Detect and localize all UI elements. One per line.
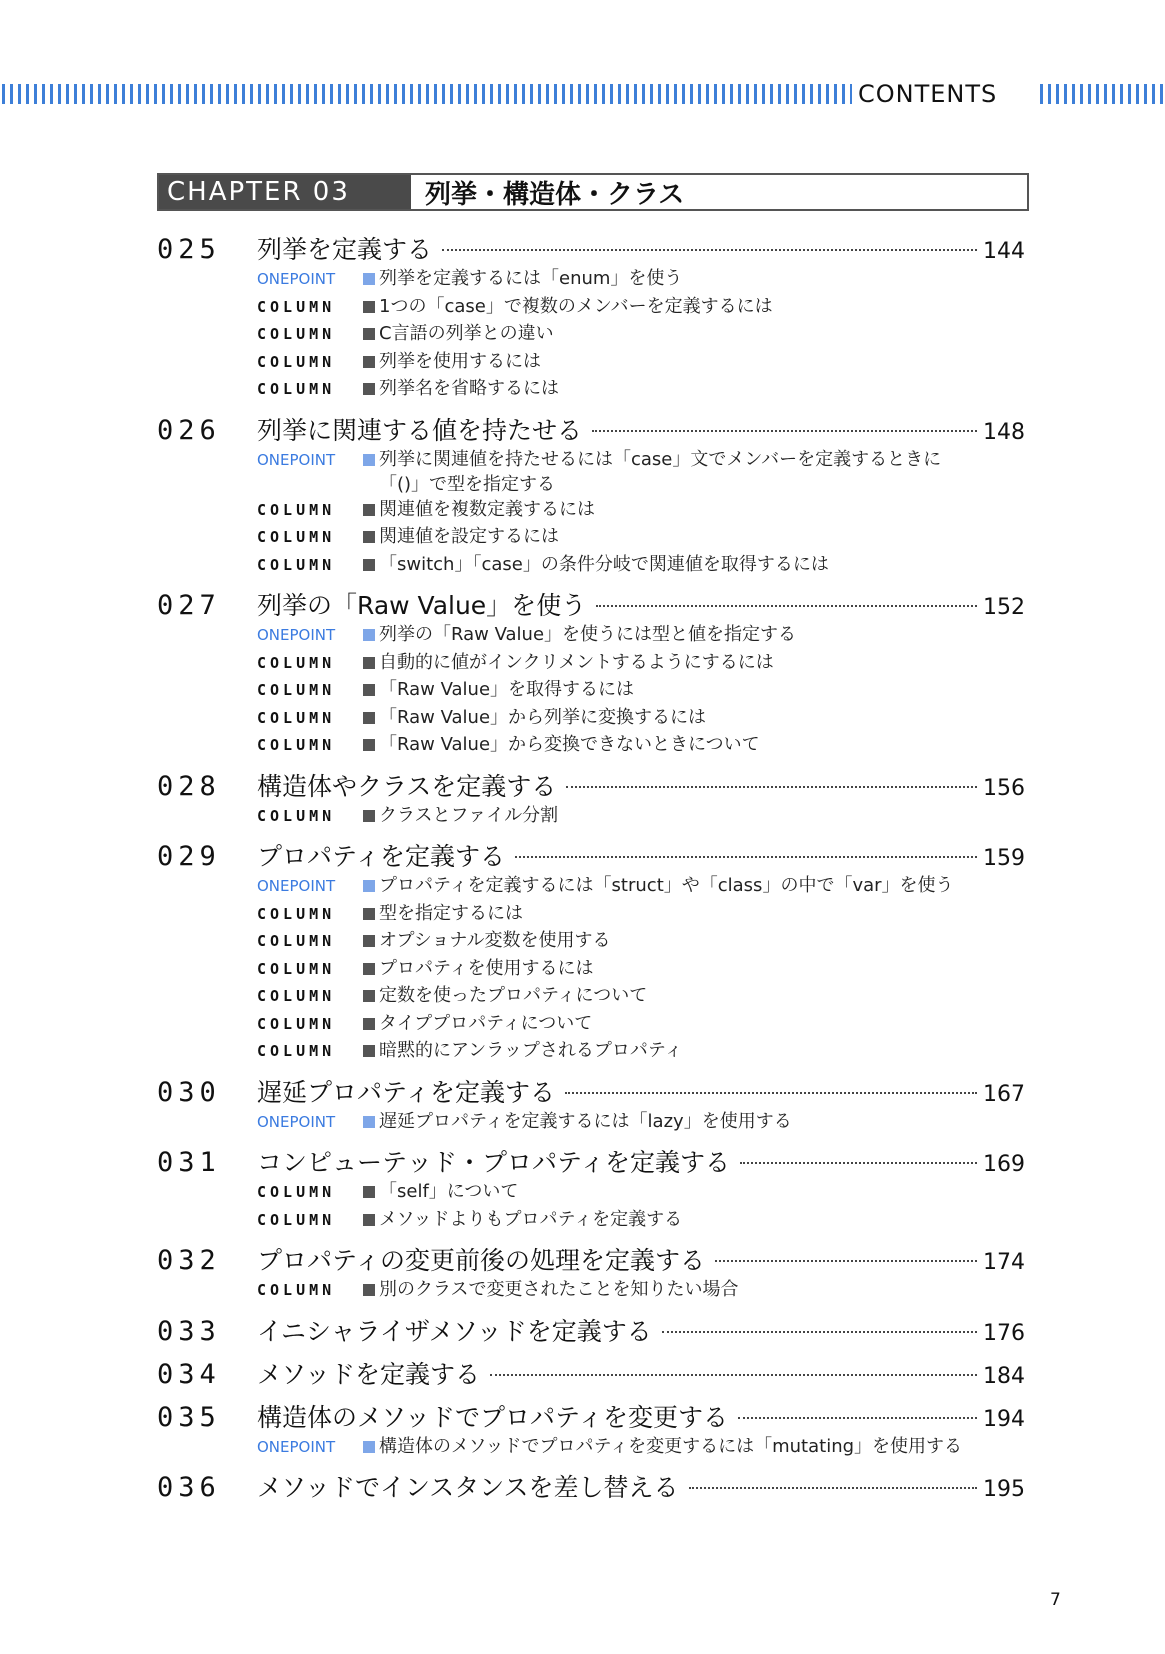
column-tag: COLUMN <box>257 1042 361 1060</box>
square-bullet-icon <box>363 559 375 571</box>
column-item: COLUMN列挙を使用するには <box>257 349 1025 377</box>
sub-text-line: 列挙を使用するには <box>379 349 541 374</box>
toc-entry-heading[interactable]: 030遅延プロパティを定義する167 <box>157 1073 1025 1109</box>
toc-entry-heading[interactable]: 035構造体のメソッドでプロパティを変更する194 <box>157 1398 1025 1434</box>
entry-title: イニシャライザメソッドを定義する <box>257 1312 652 1348</box>
square-bullet-icon <box>363 301 375 313</box>
square-bullet-icon <box>363 454 375 466</box>
sub-text: 別のクラスで変更されたことを知りたい場合 <box>379 1277 738 1302</box>
square-bullet-icon <box>363 1214 375 1226</box>
toc-entry-heading[interactable]: 026列挙に関連する値を持たせる148 <box>157 411 1025 447</box>
sub-text: 列挙に関連値を持たせるには「case」文でメンバーを定義するときに「()」で型を… <box>379 447 941 497</box>
column-item: COLUMN別のクラスで変更されたことを知りたい場合 <box>257 1277 1025 1305</box>
square-bullet-icon <box>363 629 375 641</box>
column-item: COLUMNC言語の列挙との違い <box>257 321 1025 349</box>
square-bullet-icon <box>363 531 375 543</box>
page-number: 7 <box>1050 1590 1061 1610</box>
toc-entry-heading[interactable]: 036メソッドでインスタンスを差し替える195 <box>157 1468 1025 1504</box>
square-bullet-icon <box>363 810 375 822</box>
square-bullet-icon <box>363 657 375 669</box>
decorative-stripes-left <box>2 84 852 104</box>
entry-page-number: 144 <box>983 239 1025 264</box>
sub-text-line: 自動的に値がインクリメントするようにするには <box>379 650 774 675</box>
column-tag: COLUMN <box>257 353 361 371</box>
sub-text-line: 関連値を複数定義するには <box>379 497 595 522</box>
onepoint-tag: ONEPOINT <box>257 626 361 644</box>
entry-title: 構造体のメソッドでプロパティを変更する <box>257 1398 728 1434</box>
sub-text-line: 暗黙的にアンラップされるプロパティ <box>379 1038 682 1063</box>
onepoint-item: ONEPOINT列挙の「Raw Value」を使うには型と値を指定する <box>257 622 1025 650</box>
onepoint-item: ONEPOINT構造体のメソッドでプロパティを変更するには「mutating」を… <box>257 1434 1025 1462</box>
sub-text-line: 1つの「case」で複数のメンバーを定義するには <box>379 294 773 319</box>
onepoint-tag: ONEPOINT <box>257 451 361 469</box>
sub-text-line: メソッドよりもプロパティを定義する <box>379 1207 682 1232</box>
column-tag: COLUMN <box>257 528 361 546</box>
column-item: COLUMN1つの「case」で複数のメンバーを定義するには <box>257 294 1025 322</box>
sub-text-line: 列挙名を省略するには <box>379 376 559 401</box>
sub-text-line: 関連値を設定するには <box>379 524 559 549</box>
sub-text-line: 定数を使ったプロパティについて <box>379 983 647 1008</box>
square-bullet-icon <box>363 273 375 285</box>
square-bullet-icon <box>363 356 375 368</box>
sub-text-line: 「self」について <box>379 1179 518 1204</box>
toc-entry: 028構造体やクラスを定義する156COLUMNクラスとファイル分割 <box>157 767 1025 831</box>
square-bullet-icon <box>363 1116 375 1128</box>
toc-entry-heading[interactable]: 034メソッドを定義する184 <box>157 1355 1025 1391</box>
square-bullet-icon <box>363 1284 375 1296</box>
sub-text-line: 構造体のメソッドでプロパティを変更するには「mutating」を使用する <box>379 1434 962 1459</box>
column-item: COLUMNメソッドよりもプロパティを定義する <box>257 1207 1025 1235</box>
entry-number: 031 <box>157 1147 257 1178</box>
toc-entry-heading[interactable]: 028構造体やクラスを定義する156 <box>157 767 1025 803</box>
entry-page-number: 194 <box>983 1407 1025 1432</box>
sub-text: メソッドよりもプロパティを定義する <box>379 1207 682 1232</box>
sub-text: 列挙を定義するには「enum」を使う <box>379 266 682 291</box>
entry-page-number: 159 <box>983 846 1025 871</box>
sub-text: プロパティを使用するには <box>379 956 594 981</box>
square-bullet-icon <box>363 684 375 696</box>
sub-text: プロパティを定義するには「struct」や「class」の中で「var」を使う <box>379 873 954 898</box>
dot-leader <box>565 1092 977 1094</box>
column-tag: COLUMN <box>257 681 361 699</box>
column-item: COLUMN関連値を複数定義するには <box>257 497 1025 525</box>
square-bullet-icon <box>363 712 375 724</box>
column-tag: COLUMN <box>257 325 361 343</box>
column-item: COLUMNオプショナル変数を使用する <box>257 928 1025 956</box>
column-item: COLUMN暗黙的にアンラップされるプロパティ <box>257 1038 1025 1066</box>
entry-title: プロパティを定義する <box>257 837 505 873</box>
sub-text: C言語の列挙との違い <box>379 321 554 346</box>
entry-title: 列挙の「Raw Value」を使う <box>257 586 586 622</box>
toc-entry: 025列挙を定義する144ONEPOINT列挙を定義するには「enum」を使うC… <box>157 230 1025 404</box>
sub-text-line: タイププロパティについて <box>379 1011 592 1036</box>
onepoint-item: ONEPOINTプロパティを定義するには「struct」や「class」の中で「… <box>257 873 1025 901</box>
sub-text-line: 列挙を定義するには「enum」を使う <box>379 266 682 291</box>
column-tag: COLUMN <box>257 1211 361 1229</box>
dot-leader <box>738 1417 977 1419</box>
square-bullet-icon <box>363 328 375 340</box>
toc-entry: 027列挙の「Raw Value」を使う152ONEPOINT列挙の「Raw V… <box>157 586 1025 760</box>
sub-text: 列挙名を省略するには <box>379 376 559 401</box>
dot-leader <box>596 605 977 607</box>
sub-text: 自動的に値がインクリメントするようにするには <box>379 650 774 675</box>
sub-text-line: オプショナル変数を使用する <box>379 928 610 953</box>
entry-page-number: 195 <box>983 1477 1025 1502</box>
column-tag: COLUMN <box>257 905 361 923</box>
sub-text: 関連値を設定するには <box>379 524 559 549</box>
sub-text: 暗黙的にアンラップされるプロパティ <box>379 1038 682 1063</box>
sub-text-line: 「switch」「case」の条件分岐で関連値を取得するには <box>379 552 829 577</box>
column-tag: COLUMN <box>257 654 361 672</box>
entry-number: 036 <box>157 1472 257 1503</box>
square-bullet-icon <box>363 1441 375 1453</box>
sub-text: タイププロパティについて <box>379 1011 592 1036</box>
sub-text-line: プロパティを使用するには <box>379 956 594 981</box>
toc-entry: 031コンピューテッド・プロパティを定義する169COLUMN「self」につい… <box>157 1143 1025 1234</box>
sub-text: 構造体のメソッドでプロパティを変更するには「mutating」を使用する <box>379 1434 962 1459</box>
column-tag: COLUMN <box>257 960 361 978</box>
column-item: COLUMNプロパティを使用するには <box>257 956 1025 984</box>
entry-title: 列挙に関連する値を持たせる <box>257 411 582 447</box>
chapter-title: 列挙・構造体・クラス <box>411 175 684 209</box>
entry-title: 列挙を定義する <box>257 230 432 266</box>
sub-text-line: 列挙に関連値を持たせるには「case」文でメンバーを定義するときに <box>379 447 941 472</box>
toc-entry-heading[interactable]: 033イニシャライザメソッドを定義する176 <box>157 1312 1025 1348</box>
sub-text-line: 別のクラスで変更されたことを知りたい場合 <box>379 1277 738 1302</box>
sub-text-line: 「()」で型を指定する <box>379 472 941 497</box>
toc-entry: 032プロパティの変更前後の処理を定義する174COLUMN別のクラスで変更され… <box>157 1241 1025 1305</box>
dot-leader <box>689 1487 977 1489</box>
toc-entry: 035構造体のメソッドでプロパティを変更する194ONEPOINT構造体のメソッ… <box>157 1398 1025 1462</box>
entry-page-number: 169 <box>983 1152 1025 1177</box>
entry-number: 034 <box>157 1359 257 1390</box>
onepoint-item: ONEPOINT列挙を定義するには「enum」を使う <box>257 266 1025 294</box>
column-tag: COLUMN <box>257 1281 361 1299</box>
column-tag: COLUMN <box>257 501 361 519</box>
sub-text: 型を指定するには <box>379 901 523 926</box>
sub-text-line: 列挙の「Raw Value」を使うには型と値を指定する <box>379 622 796 647</box>
column-item: COLUMN「Raw Value」から変換できないときについて <box>257 732 1025 760</box>
sub-text-line: 「Raw Value」を取得するには <box>379 677 634 702</box>
entry-title: メソッドを定義する <box>257 1355 480 1391</box>
contents-label: CONTENTS <box>858 81 997 107</box>
column-item: COLUMNタイププロパティについて <box>257 1011 1025 1039</box>
toc-entry: 026列挙に関連する値を持たせる148ONEPOINT列挙に関連値を持たせるには… <box>157 411 1025 580</box>
onepoint-item: ONEPOINT遅延プロパティを定義するには「lazy」を使用する <box>257 1109 1025 1137</box>
sub-text: 「switch」「case」の条件分岐で関連値を取得するには <box>379 552 829 577</box>
table-of-contents: 025列挙を定義する144ONEPOINT列挙を定義するには「enum」を使うC… <box>157 230 1025 1511</box>
toc-entry: 034メソッドを定義する184 <box>157 1355 1025 1391</box>
sub-text-line: 型を指定するには <box>379 901 523 926</box>
column-tag: COLUMN <box>257 807 361 825</box>
onepoint-tag: ONEPOINT <box>257 1113 361 1131</box>
square-bullet-icon <box>363 880 375 892</box>
toc-entry: 029プロパティを定義する159ONEPOINTプロパティを定義するには「str… <box>157 837 1025 1066</box>
dot-leader <box>662 1331 977 1333</box>
dot-leader <box>442 249 977 251</box>
square-bullet-icon <box>363 1045 375 1057</box>
sub-text: オプショナル変数を使用する <box>379 928 610 953</box>
column-item: COLUMN関連値を設定するには <box>257 524 1025 552</box>
square-bullet-icon <box>363 739 375 751</box>
toc-entry-heading[interactable]: 027列挙の「Raw Value」を使う152 <box>157 586 1025 622</box>
column-item: COLUMN型を指定するには <box>257 901 1025 929</box>
square-bullet-icon <box>363 1018 375 1030</box>
column-item: COLUMN定数を使ったプロパティについて <box>257 983 1025 1011</box>
entry-page-number: 148 <box>983 420 1025 445</box>
chapter-label: CHAPTER 03 <box>159 175 411 209</box>
entry-number: 029 <box>157 841 257 872</box>
sub-text: 「Raw Value」から列挙に変換するには <box>379 705 706 730</box>
column-item: COLUMN「switch」「case」の条件分岐で関連値を取得するには <box>257 552 1025 580</box>
square-bullet-icon <box>363 908 375 920</box>
column-item: COLUMN自動的に値がインクリメントするようにするには <box>257 650 1025 678</box>
sub-text: 1つの「case」で複数のメンバーを定義するには <box>379 294 773 319</box>
dot-leader <box>740 1162 977 1164</box>
column-item: COLUMN「self」について <box>257 1179 1025 1207</box>
sub-text: 列挙を使用するには <box>379 349 541 374</box>
entry-number: 035 <box>157 1402 257 1433</box>
toc-entry-heading[interactable]: 025列挙を定義する144 <box>157 230 1025 266</box>
column-item: COLUMNクラスとファイル分割 <box>257 803 1025 831</box>
sub-text: 「self」について <box>379 1179 518 1204</box>
onepoint-item: ONEPOINT列挙に関連値を持たせるには「case」文でメンバーを定義するとき… <box>257 447 1025 497</box>
column-item: COLUMN「Raw Value」を取得するには <box>257 677 1025 705</box>
entry-title: プロパティの変更前後の処理を定義する <box>257 1241 705 1277</box>
sub-text: 定数を使ったプロパティについて <box>379 983 647 1008</box>
column-item: COLUMN「Raw Value」から列挙に変換するには <box>257 705 1025 733</box>
square-bullet-icon <box>363 990 375 1002</box>
toc-entry: 030遅延プロパティを定義する167ONEPOINT遅延プロパティを定義するには… <box>157 1073 1025 1137</box>
entry-page-number: 156 <box>983 776 1025 801</box>
dot-leader <box>515 856 977 858</box>
column-tag: COLUMN <box>257 987 361 1005</box>
entry-page-number: 167 <box>983 1082 1025 1107</box>
column-tag: COLUMN <box>257 298 361 316</box>
square-bullet-icon <box>363 383 375 395</box>
dot-leader <box>715 1260 977 1262</box>
sub-text: 遅延プロパティを定義するには「lazy」を使用する <box>379 1109 792 1134</box>
column-tag: COLUMN <box>257 709 361 727</box>
entry-title: 遅延プロパティを定義する <box>257 1073 555 1109</box>
entry-page-number: 176 <box>983 1321 1025 1346</box>
sub-text-line: 「Raw Value」から列挙に変換するには <box>379 705 706 730</box>
onepoint-tag: ONEPOINT <box>257 877 361 895</box>
column-item: COLUMN列挙名を省略するには <box>257 376 1025 404</box>
entry-page-number: 174 <box>983 1250 1025 1275</box>
sub-text: 関連値を複数定義するには <box>379 497 595 522</box>
toc-entry: 036メソッドでインスタンスを差し替える195 <box>157 1468 1025 1504</box>
entry-number: 030 <box>157 1077 257 1108</box>
dot-leader <box>592 430 977 432</box>
column-tag: COLUMN <box>257 1183 361 1201</box>
sub-text-line: 「Raw Value」から変換できないときについて <box>379 732 760 757</box>
dot-leader <box>490 1374 977 1376</box>
sub-text-line: プロパティを定義するには「struct」や「class」の中で「var」を使う <box>379 873 954 898</box>
square-bullet-icon <box>363 963 375 975</box>
entry-title: コンピューテッド・プロパティを定義する <box>257 1143 730 1179</box>
contents-header-band: CONTENTS <box>0 84 1165 104</box>
square-bullet-icon <box>363 504 375 516</box>
decorative-stripes-right <box>1040 84 1165 104</box>
toc-entry-heading[interactable]: 031コンピューテッド・プロパティを定義する169 <box>157 1143 1025 1179</box>
sub-text-line: C言語の列挙との違い <box>379 321 554 346</box>
sub-text: クラスとファイル分割 <box>379 803 558 828</box>
onepoint-tag: ONEPOINT <box>257 1438 361 1456</box>
entry-title: メソッドでインスタンスを差し替える <box>257 1468 679 1504</box>
entry-number: 033 <box>157 1316 257 1347</box>
sub-text: 「Raw Value」から変換できないときについて <box>379 732 760 757</box>
column-tag: COLUMN <box>257 736 361 754</box>
toc-entry: 033イニシャライザメソッドを定義する176 <box>157 1312 1025 1348</box>
square-bullet-icon <box>363 1186 375 1198</box>
sub-text-line: 遅延プロパティを定義するには「lazy」を使用する <box>379 1109 792 1134</box>
column-tag: COLUMN <box>257 556 361 574</box>
column-tag: COLUMN <box>257 1015 361 1033</box>
dot-leader <box>566 786 977 788</box>
chapter-header: CHAPTER 03 列挙・構造体・クラス <box>157 173 1029 211</box>
toc-entry-heading[interactable]: 032プロパティの変更前後の処理を定義する174 <box>157 1241 1025 1277</box>
square-bullet-icon <box>363 935 375 947</box>
toc-entry-heading[interactable]: 029プロパティを定義する159 <box>157 837 1025 873</box>
entry-number: 026 <box>157 415 257 446</box>
column-tag: COLUMN <box>257 932 361 950</box>
sub-text-line: クラスとファイル分割 <box>379 803 558 828</box>
entry-page-number: 184 <box>983 1364 1025 1389</box>
sub-text: 列挙の「Raw Value」を使うには型と値を指定する <box>379 622 796 647</box>
entry-title: 構造体やクラスを定義する <box>257 767 556 803</box>
entry-number: 025 <box>157 234 257 265</box>
entry-number: 032 <box>157 1245 257 1276</box>
entry-number: 027 <box>157 590 257 621</box>
onepoint-tag: ONEPOINT <box>257 270 361 288</box>
sub-text: 「Raw Value」を取得するには <box>379 677 634 702</box>
entry-page-number: 152 <box>983 595 1025 620</box>
column-tag: COLUMN <box>257 380 361 398</box>
entry-number: 028 <box>157 771 257 802</box>
